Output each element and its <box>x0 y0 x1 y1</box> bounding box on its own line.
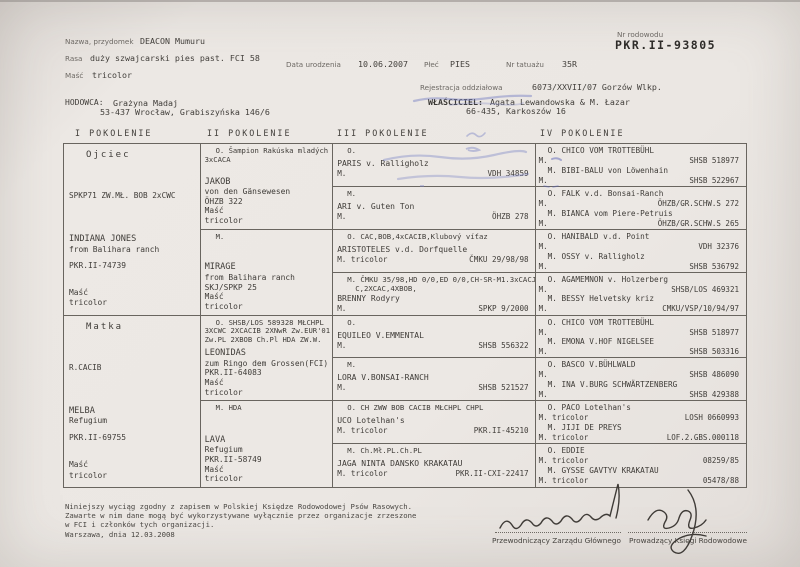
generation-2-column: O. Šampion Rakúska mladých 3xCACA JAKOB … <box>201 144 334 487</box>
owner-address: 66-435, Karkoszów 16 <box>466 106 566 116</box>
ancestor-registration: PKR.II-CXI-22417 <box>455 469 528 478</box>
ancestor-name: MIRAGE <box>205 262 330 272</box>
birth-date-label: Data urodzenia <box>286 60 341 69</box>
generation-4-column: O. CHICO VOM TROTTEBÜHL M.SHSB 518977 M.… <box>536 144 746 487</box>
dog-name-value: DEACON Mumuru <box>140 36 205 46</box>
father-kennel: from Balihara ranch <box>69 245 159 255</box>
pedigree-table: Ojciec SPKP71 ZW.MŁ. BOB 2xCWC INDIANA J… <box>63 143 747 488</box>
dam-registration: CMKU/VSP/10/94/97 <box>662 304 739 314</box>
dam-registration: SHSB 522967 <box>689 176 739 186</box>
sire-name: O. PACO Lotelhan's <box>539 403 739 413</box>
keeper-label: Prowadzący Księgi Rodowodowe <box>629 536 747 545</box>
breeder-address: 53-437 Wrocław, Grabiszyńska 146/6 <box>100 107 270 117</box>
dam-name: M. GYSSE GAVTYV KRAKATAU <box>539 466 739 476</box>
sire-name: O. BASCO V.BÜHLWALD <box>539 360 739 370</box>
sire-name: O. AGAMEMNON v. Holzerberg <box>539 275 739 285</box>
pedigree-number-value: PKR.II-93805 <box>615 38 716 52</box>
ancestor-registration: PKR.II-64083 <box>205 368 330 378</box>
ancestor-pair-cell: O. BASCO V.BÜHLWALD M.SHSB 486090 M. INA… <box>536 358 746 401</box>
dam-name: M. BIBI-BALU von Löwenhain <box>539 166 739 176</box>
ancestor-cell: M. MIRAGE from Balihara ranch SKJ/SPKP 2… <box>201 230 333 316</box>
ancestor-pair-cell: O. AGAMEMNON v. Holzerberg M.SHSB/LOS 46… <box>536 273 746 316</box>
ancestor-name: BRENNY Rodyry <box>337 294 528 303</box>
mother-cell: Matka R.CACIB MELBA Refugium PKR.II-6975… <box>64 316 200 488</box>
sire-registration: ÖHZB/GR.SCHW.S 272 <box>658 199 739 209</box>
ancestor-pair-cell: O. HANIBALD v.d. Point M.VDH 32376 M. OS… <box>536 230 746 273</box>
ancestor-cell: O. EQUILEO V.EMMENTAL M.SHSB 556322 <box>333 316 534 359</box>
breed-value: duży szwajcarski pies past. FCI 58 <box>90 53 260 63</box>
ancestor-registration: PKR.II-58749 <box>205 455 330 465</box>
mother-registration: PKR.II-69755 <box>69 433 126 442</box>
dam-registration: SHSB 536792 <box>689 262 739 272</box>
ancestor-cell: M. LORA V.BONSAI-RANCH M.SHSB 521527 <box>333 358 534 401</box>
sire-registration: SHSB/LOS 469321 <box>671 285 739 295</box>
ancestor-name: LEONIDAS <box>205 348 330 358</box>
father-role-label: Ojciec <box>86 150 131 160</box>
coat-label: Maść <box>65 71 83 80</box>
ancestor-pair-cell: O. CHICO VOM TROTTEBÜHL M.SHSB 518977 M.… <box>536 316 746 359</box>
col-header-gen2: II POKOLENIE <box>207 128 292 138</box>
ancestor-pair-cell: O. CHICO VOM TROTTEBÜHL M.SHSB 518977 M.… <box>536 144 746 187</box>
ancestor-name: LORA V.BONSAI-RANCH <box>337 373 528 382</box>
ancestor-cell: O. SHSB/LOS 589328 MŁCHPL 3XCWC 2XCACIB … <box>201 316 333 402</box>
birth-date-value: 10.06.2007 <box>358 59 408 69</box>
ancestor-cell: O. Šampion Rakúska mladých 3xCACA JAKOB … <box>201 144 333 230</box>
signature-keeper <box>648 510 706 528</box>
dam-registration: LOF.2.GBS.000118 <box>667 433 739 443</box>
scan-edge-artifact <box>0 0 800 2</box>
coat-value: tricolor <box>92 70 132 80</box>
ancestor-name: ARI v. Guten Ton <box>337 202 528 211</box>
ancestor-name: JAGA NINTA DANSKO KRAKATAU <box>337 459 528 468</box>
signature-line-chairman <box>495 531 621 533</box>
sire-name: O. FALK v.d. Bonsai-Ranch <box>539 189 739 199</box>
sire-name: O. HANIBALD v.d. Point <box>539 232 739 242</box>
pedigree-certificate: Nazwa, przydomek DEACON Mumuru Nr rodowo… <box>0 0 800 567</box>
ancestor-cell: O. PARIS v. Ralligholz M.VDH 34859 <box>333 144 534 187</box>
sex-label: Płeć <box>424 60 439 69</box>
sire-name: O. CHICO VOM TROTTEBÜHL <box>539 318 739 328</box>
col-header-gen4: IV POKOLENIE <box>540 128 625 138</box>
col-header-gen3: III POKOLENIE <box>337 128 429 138</box>
ancestor-kennel: zum Ringo dem Grossen(FCI) <box>205 359 330 369</box>
breed-label: Rasa <box>65 54 82 63</box>
sire-name: O. EDDIE <box>539 446 739 456</box>
sire-registration: 08259/85 <box>703 456 739 466</box>
mother-name: MELBA <box>69 406 107 417</box>
ancestor-registration: ČMKU 29/98/98 <box>469 255 528 264</box>
dam-registration: SHSB 503316 <box>689 347 739 357</box>
mother-titles: R.CACIB <box>69 363 101 372</box>
ancestor-cell: M. Ch.Mł.PL.Ch.PL JAGA NINTA DANSKO KRAK… <box>333 444 534 487</box>
dog-name-label: Nazwa, przydomek <box>65 37 134 46</box>
ancestor-cell: M. ARI v. Guten Ton M.ÖHZB 278 <box>333 187 534 230</box>
father-coat: Maść tricolor <box>69 288 107 309</box>
pen-squiggle-header <box>467 133 485 137</box>
ancestor-registration: SHSB 556322 <box>478 341 528 350</box>
ancestor-registration: PKR.II-45210 <box>474 426 529 435</box>
ancestor-cell: M. HDA LAVA Refugium PKR.II-58749 Maść t… <box>201 401 333 487</box>
dam-registration: 05478/88 <box>703 476 739 486</box>
ancestor-kennel: from Balihara ranch <box>205 273 330 283</box>
ancestor-kennel: von den Gänsewesen <box>205 187 330 197</box>
ancestor-pair-cell: O. FALK v.d. Bonsai-Ranch M.ÖHZB/GR.SCHW… <box>536 187 746 230</box>
dam-registration: SHSB 429388 <box>689 390 739 400</box>
breeder-label: HODOWCA: <box>65 98 104 107</box>
sire-registration: VDH 32376 <box>698 242 739 252</box>
father-registration: PKR.II-74739 <box>69 261 126 270</box>
ancestor-name: JAKOB <box>205 177 330 187</box>
dam-name: M. OSSY v. Ralligholz <box>539 252 739 262</box>
father-cell: Ojciec SPKP71 ZW.MŁ. BOB 2xCWC INDIANA J… <box>64 144 200 316</box>
ancestor-registration: VDH 34859 <box>487 169 528 178</box>
mother-role-label: Matka <box>86 322 123 332</box>
ancestor-cell: O. CH ZWW BOB CACIB MŁCHPL CHPL UCO Lote… <box>333 401 534 444</box>
signature-chairman <box>500 484 619 529</box>
dam-name: M. INA V.BURG SCHWÄRTZENBERG <box>539 380 739 390</box>
branch-registration-label: Rejestracja oddziałowa <box>420 83 503 92</box>
ancestor-name: ARISTOTELES v.d. Dorfquelle <box>337 245 528 254</box>
ancestor-registration: ÖHZB 278 <box>492 212 529 221</box>
ancestor-cell: M. ČMKU 35/98,HD 0/0,ED 0/0,CH-SR-M1.3xC… <box>333 273 534 316</box>
ancestor-cell: O. CAC,BOB,4xCACIB,Klubový víťaz ARISTOT… <box>333 230 534 273</box>
sire-registration: SHSB 518977 <box>689 328 739 338</box>
dam-name: M. JIJI DE PREYS <box>539 423 739 433</box>
dam-name: M. BESSY Helvetsky kriz <box>539 294 739 304</box>
issue-date: Warszawa, dnia 12.03.2008 <box>65 530 416 539</box>
sire-registration: SHSB 518977 <box>689 156 739 166</box>
ancestor-registration: SHSB 521527 <box>478 383 528 392</box>
sex-value: PIES <box>450 59 470 69</box>
ancestor-name: LAVA <box>205 435 330 445</box>
ancestor-pair-cell: O. PACO Lotelhan's M. tricolorLOSH 06609… <box>536 401 746 444</box>
chairman-label: Przewodniczący Zarządu Głównego <box>492 536 621 545</box>
sire-name: O. CHICO VOM TROTTEBÜHL <box>539 146 739 156</box>
generation-3-column: O. PARIS v. Ralligholz M.VDH 34859 M. AR… <box>333 144 535 487</box>
father-titles: SPKP71 ZW.MŁ. BOB 2xCWC <box>69 191 175 200</box>
ancestor-kennel: Refugium <box>205 445 330 455</box>
ancestor-name: PARIS v. Ralligholz <box>337 159 528 168</box>
mother-name-block: MELBA Refugium <box>69 406 107 427</box>
generation-1-column: Ojciec SPKP71 ZW.MŁ. BOB 2xCWC INDIANA J… <box>64 144 201 487</box>
sire-registration: SHSB 486090 <box>689 370 739 380</box>
mother-coat: Maść tricolor <box>69 460 107 481</box>
ancestor-registration: SKJ/SPKP 25 <box>205 283 330 293</box>
ancestor-name: EQUILEO V.EMMENTAL <box>337 331 528 340</box>
legal-note: Niniejszy wyciąg zgodny z zapisem w Pols… <box>65 502 416 539</box>
father-name: INDIANA JONES <box>69 234 159 245</box>
branch-registration-value: 6073/XXVII/07 Gorzów Wlkp. <box>532 82 662 92</box>
tattoo-number-value: 35R <box>562 59 577 69</box>
ancestor-registration: SPKP 9/2000 <box>478 304 528 313</box>
sire-registration: LOSH 0660993 <box>685 413 739 423</box>
father-name-block: INDIANA JONES from Balihara ranch <box>69 234 159 255</box>
ancestor-pair-cell: O. EDDIE M. tricolor08259/85 M. GYSSE GA… <box>536 444 746 487</box>
mother-kennel: Refugium <box>69 416 107 426</box>
dam-name: M. EMONA V.HOF NIGELSEE <box>539 337 739 347</box>
dam-name: M. BIANCA vom Piere-Petruis <box>539 209 739 219</box>
dam-registration: ÖHZB/GR.SCHW.S 265 <box>658 219 739 229</box>
tattoo-number-label: Nr tatuażu <box>506 60 544 69</box>
ancestor-name: UCO Lotelhan's <box>337 416 528 425</box>
signature-line-keeper <box>628 531 747 533</box>
col-header-gen1: I POKOLENIE <box>75 128 152 138</box>
